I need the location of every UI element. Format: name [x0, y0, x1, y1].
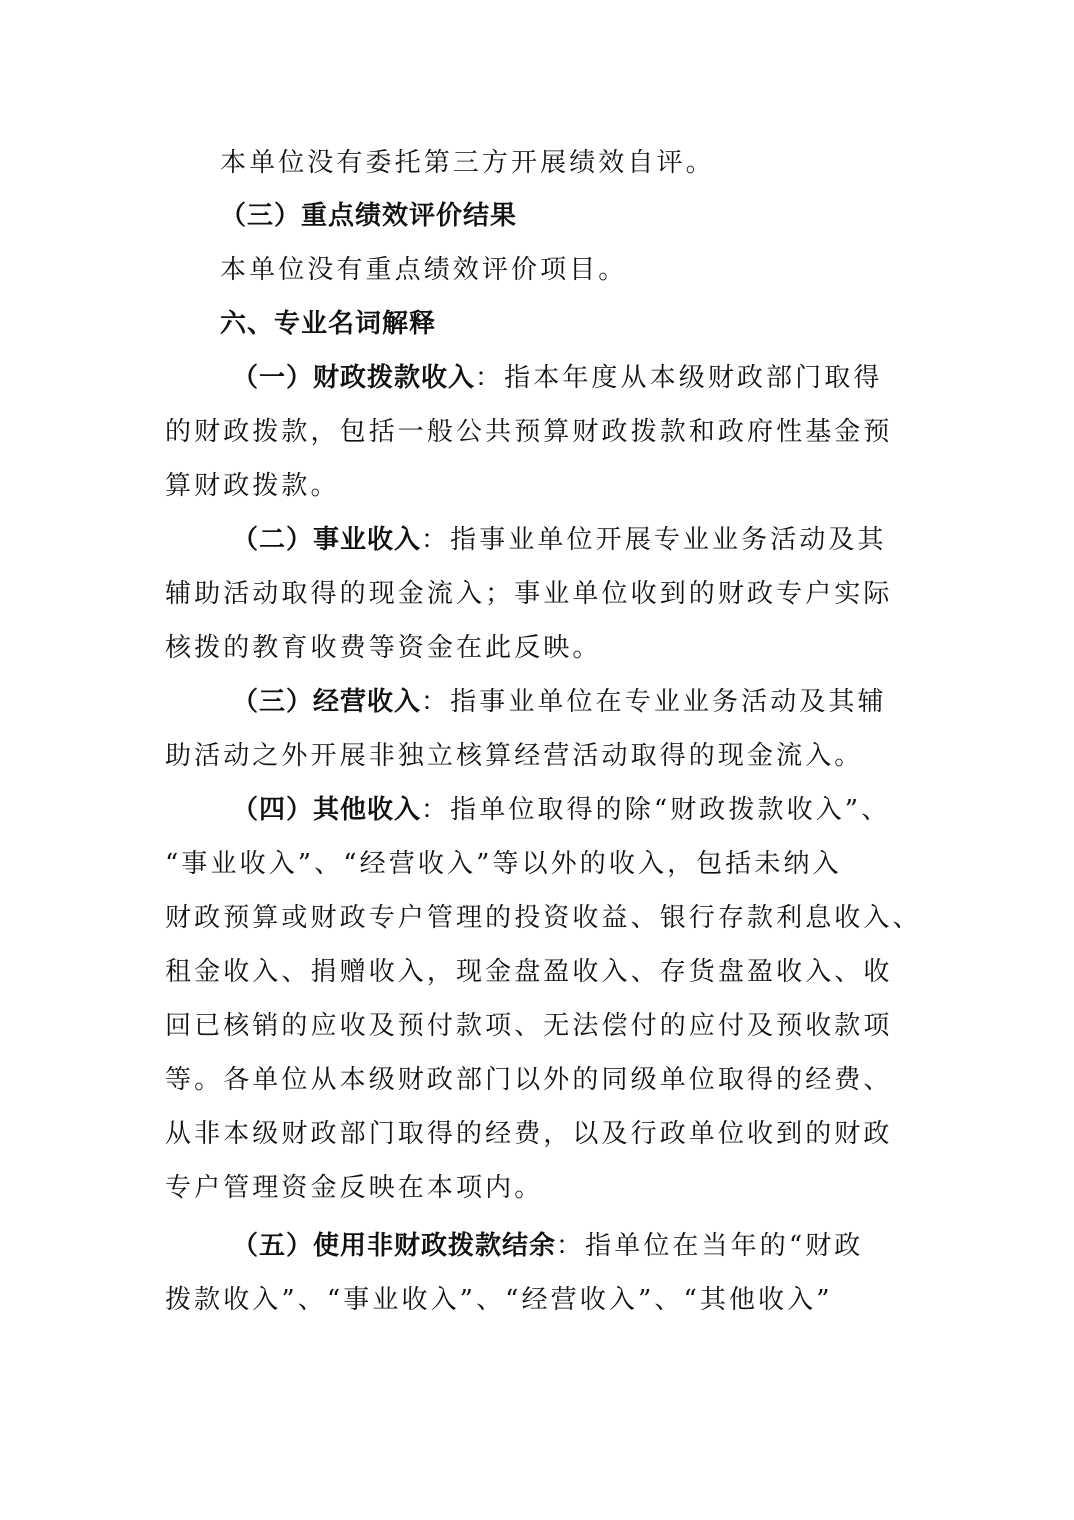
text-line: 核拨的教育收费等资金在此反映。 — [165, 631, 602, 665]
text-line: 从非本级财政部门取得的经费，以及行政单位收到的财政 — [165, 1117, 893, 1151]
term-definition: ：指事业单位开展专业业务活动及其 — [421, 525, 887, 555]
term-fiscal-appropriation: （一）财政拨款收入：指本年度从本级财政部门取得 — [232, 361, 882, 395]
term-definition: ：指本年度从本级财政部门取得 — [475, 363, 882, 393]
text-line: 等。各单位从本级财政部门以外的同级单位取得的经费、 — [165, 1063, 893, 1097]
text-line: 助活动之外开展非独立核算经营活动取得的现金流入。 — [165, 739, 863, 773]
term-label: （二）事业收入 — [232, 525, 421, 555]
text-line: 财政预算或财政专户管理的投资收益、银行存款利息收入、 — [165, 901, 922, 935]
term-label: （三）经营收入 — [232, 687, 421, 717]
paragraph-no-third-party-eval: 本单位没有委托第三方开展绩效自评。 — [220, 146, 715, 180]
term-definition: ：指单位在当年的“财政 — [556, 1231, 863, 1261]
term-label: （一）财政拨款收入 — [232, 363, 475, 393]
paragraph-no-key-eval-projects: 本单位没有重点绩效评价项目。 — [220, 253, 627, 287]
text-line: 的财政拨款，包括一般公共预算财政拨款和政府性基金预 — [165, 415, 893, 449]
text-line: 拨款收入”、“事业收入”、“经营收入”、“其他收入” — [165, 1283, 833, 1317]
term-label: （五）使用非财政拨款结余 — [232, 1231, 556, 1261]
term-definition: ：指单位取得的除“财政拨款收入”、 — [421, 795, 890, 825]
text-line: 辅助活动取得的现金流入；事业单位收到的财政专户实际 — [165, 577, 893, 611]
section-heading-key-eval-results: （三）重点绩效评价结果 — [220, 199, 517, 233]
term-operating-income: （三）经营收入：指事业单位在专业业务活动及其辅 — [232, 685, 887, 719]
term-business-income: （二）事业收入：指事业单位开展专业业务活动及其 — [232, 523, 887, 557]
text-line: 专户管理资金反映在本项内。 — [165, 1171, 543, 1205]
text-line: 算财政拨款。 — [165, 469, 340, 503]
chapter-heading-glossary: 六、专业名词解释 — [220, 307, 436, 341]
text-line: 租金收入、捐赠收入，现金盘盈收入、存货盘盈收入、收 — [165, 955, 893, 989]
text-line: “事业收入”、“经营收入”等以外的收入，包括未纳入 — [165, 847, 842, 881]
term-label: （四）其他收入 — [232, 795, 421, 825]
text-line: 回已核销的应收及预付款项、无法偿付的应付及预收款项 — [165, 1009, 893, 1043]
term-non-fiscal-surplus-use: （五）使用非财政拨款结余：指单位在当年的“财政 — [232, 1229, 863, 1263]
term-definition: ：指事业单位在专业业务活动及其辅 — [421, 687, 887, 717]
term-other-income: （四）其他收入：指单位取得的除“财政拨款收入”、 — [232, 793, 890, 827]
